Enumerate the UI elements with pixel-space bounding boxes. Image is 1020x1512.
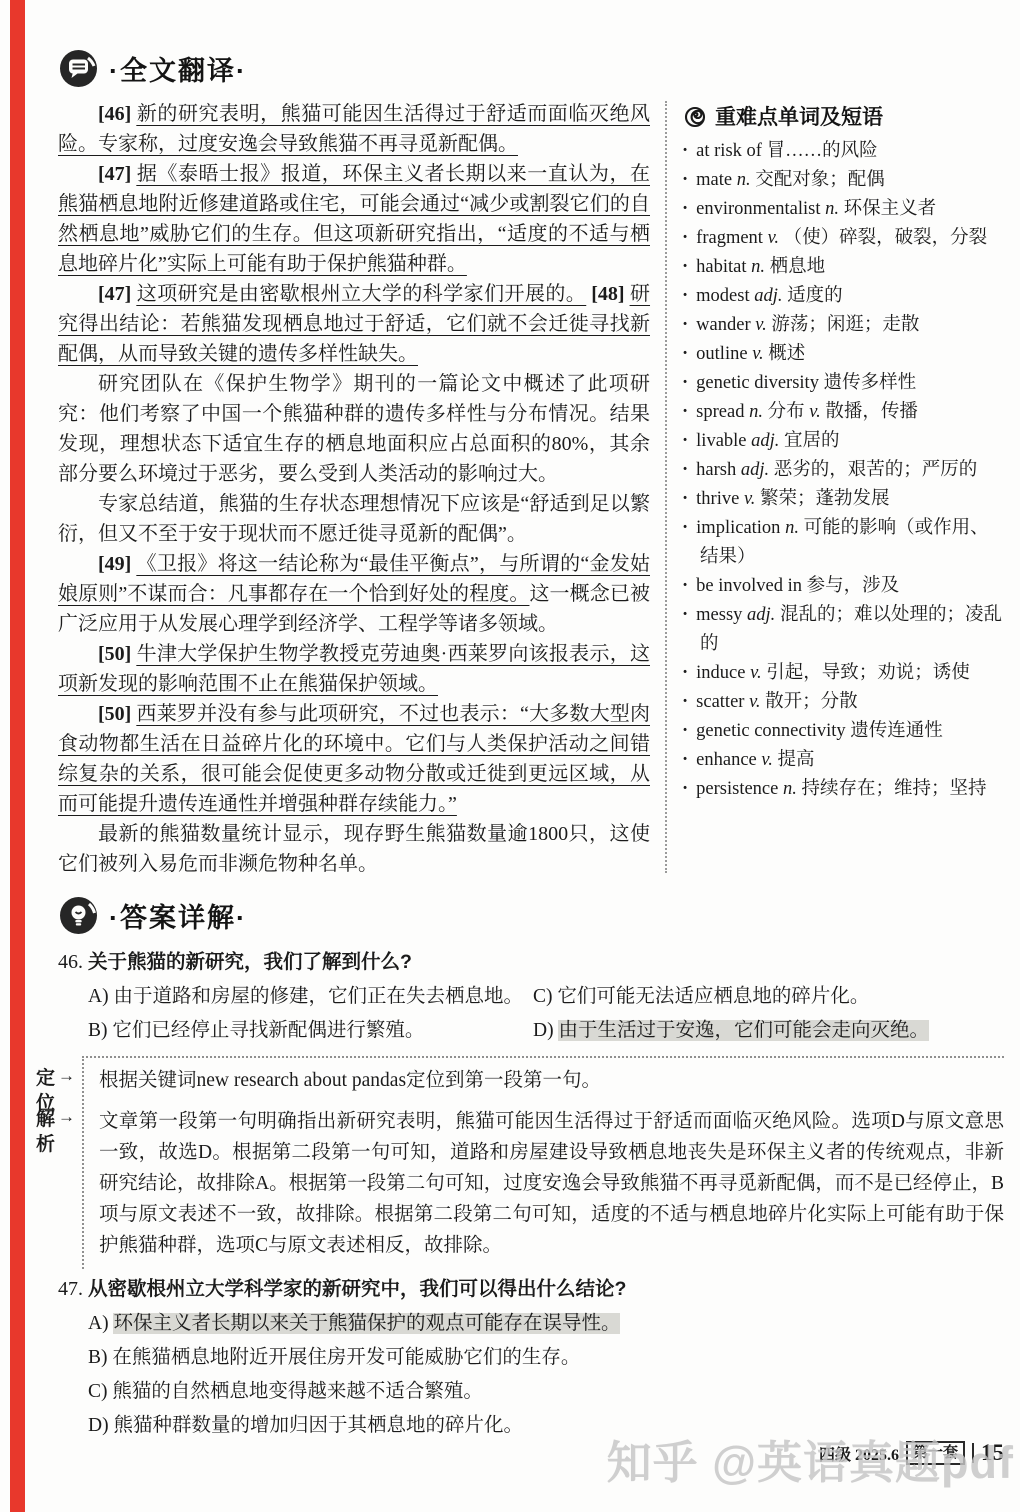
analysis-text: 文章第一段第一句明确指出新研究表明，熊猫可能因生活得过于舒适而面临灭绝风险。选项… bbox=[99, 1106, 1004, 1261]
question-stem: 46. 关于熊猫的新研究，我们了解到什么? bbox=[58, 946, 1004, 978]
vocab-word: mate bbox=[696, 170, 732, 190]
underlined-text: 据《泰晤士报》报道，环保主义者长期以来一直认为，在熊猫栖息地附近修建道路或住宅，… bbox=[58, 163, 650, 275]
option-text: 由于道路和房屋的修建，它们正在失去栖息地。 bbox=[113, 986, 523, 1007]
vocab-item: wander v. 游荡；闲逛；走散 bbox=[682, 311, 1004, 340]
vocab-item: enhance v. 提高 bbox=[682, 746, 1004, 775]
vocab-section-title: 重难点单词及短语 bbox=[715, 101, 883, 131]
vocab-item: persistence n. 持续存在；维持；坚持 bbox=[682, 775, 1004, 804]
option-text: 环保主义者长期以来关于熊猫保护的观点可能存在误导性。 bbox=[113, 1313, 620, 1334]
option-text: 熊猫的自然栖息地变得越来越不适合繁殖。 bbox=[112, 1381, 483, 1402]
vocab-item: messy adj. 混乱的；难以处理的；凌乱的 bbox=[682, 601, 1004, 659]
vocab-pos: v. bbox=[750, 663, 761, 683]
vocab-meaning: 引起，导致；劝说；诱使 bbox=[766, 663, 970, 683]
vocab-word: genetic diversity bbox=[696, 373, 819, 393]
question-number: 47. bbox=[58, 1278, 83, 1300]
vocab-pos: v. bbox=[768, 228, 779, 248]
translation-paragraph: 最新的熊猫数量统计显示，现存野生熊猫数量逾1800只，这使它们被列入易危而非濒危… bbox=[58, 819, 650, 879]
option-label: A) bbox=[88, 986, 109, 1007]
vocab-word: modest bbox=[696, 286, 749, 306]
translation-paragraph: [50]牛津大学保护生物学教授克劳迪奥·西莱罗向该报表示，这项新发现的影响范围不… bbox=[58, 639, 650, 699]
vocab-pos: v. bbox=[749, 692, 760, 712]
option-a: A) 由于道路和房屋的修建，它们正在失去栖息地。 bbox=[88, 980, 533, 1014]
footer-divider bbox=[972, 1443, 974, 1463]
question-number: 46. bbox=[58, 951, 83, 973]
translation-paragraph: 研究团队在《保护生物学》期刊的一篇论文中概述了此项研究：他们考察了中国一个熊猫种… bbox=[58, 369, 650, 489]
analysis-tag: 解析 → bbox=[36, 1107, 84, 1157]
translation-column: [46]新的研究表明，熊猫可能因生活得过于舒适而面临灭绝风险。专家称，过度安逸会… bbox=[58, 99, 650, 879]
vocab-column: 重难点单词及短语 at risk of 冒……的风险 mate n. 交配对象；… bbox=[682, 99, 1004, 879]
option-text: 熊猫种群数量的增加归因于其栖息地的碎片化。 bbox=[113, 1415, 523, 1436]
option-d: D) 由于生活过于安逸，它们可能会走向灭绝。 bbox=[533, 1014, 1004, 1048]
translation-paragraph: [46]新的研究表明，熊猫可能因生活得过于舒适而面临灭绝风险。专家称，过度安逸会… bbox=[58, 99, 650, 159]
vocab-word: scatter bbox=[696, 692, 744, 712]
vocab-meaning: 散开；分散 bbox=[765, 692, 858, 712]
option-label: D) bbox=[88, 1415, 109, 1436]
option-text: 它们可能无法适应栖息地的碎片化。 bbox=[557, 986, 869, 1007]
left-accent-bar bbox=[10, 0, 25, 1512]
underlined-text: 西莱罗并没有参与此项研究，不过也表示：“大多数大型肉食动物都生活在日益碎片化的环… bbox=[58, 703, 650, 815]
vocab-pos: adj. bbox=[751, 431, 779, 451]
lightbulb-icon bbox=[58, 895, 99, 936]
option-label: B) bbox=[88, 1347, 108, 1368]
explanation-block: 定位 → 根据关键词new research about pandas定位到第一… bbox=[82, 1056, 1004, 1269]
vocab-pos: n. bbox=[785, 518, 799, 538]
vocab-word: genetic connectivity bbox=[696, 721, 845, 741]
vocab-item: mate n. 交配对象；配偶 bbox=[682, 166, 1004, 195]
vocab-meaning: 遗传多样性 bbox=[824, 373, 917, 393]
vocab-word: implication bbox=[696, 518, 780, 538]
vocab-item: implication n. 可能的影响（或作用、结果） bbox=[682, 514, 1004, 572]
vocab-word: spread bbox=[696, 402, 744, 422]
vocab-word: wander bbox=[696, 315, 750, 335]
vocab-word: harsh bbox=[696, 460, 736, 480]
sentence-marker: [50] bbox=[98, 703, 131, 725]
vocab-item: livable adj. 宜居的 bbox=[682, 427, 1004, 456]
vocab-pos: adj. bbox=[747, 605, 775, 625]
vocab-word: fragment bbox=[696, 228, 763, 248]
vocab-item: scatter v. 散开；分散 bbox=[682, 688, 1004, 717]
question-46: 46. 关于熊猫的新研究，我们了解到什么? A) 由于道路和房屋的修建，它们正在… bbox=[58, 946, 1004, 1048]
translation-columns: [46]新的研究表明，熊猫可能因生活得过于舒适而面临灭绝风险。专家称，过度安逸会… bbox=[58, 99, 1004, 879]
vocab-item: fragment v. （使）碎裂，破裂，分裂 bbox=[682, 224, 1004, 253]
options-list: A) 环保主义者长期以来关于熊猫保护的观点可能存在误导性。 B) 在熊猫栖息地附… bbox=[88, 1307, 1004, 1443]
vocab-meaning: 参与，涉及 bbox=[807, 576, 900, 596]
page-number: 15 bbox=[981, 1440, 1004, 1466]
option-b: B) 它们已经停止寻找新配偶进行繁殖。 bbox=[88, 1014, 533, 1048]
question-47: 47. 从密歇根州立大学科学家的新研究中，我们可以得出什么结论? A) 环保主义… bbox=[58, 1273, 1004, 1443]
vocab-meaning: （使）碎裂，破裂，分裂 bbox=[784, 228, 988, 248]
page-content: ·全文翻译· [46]新的研究表明，熊猫可能因生活得过于舒适而面临灭绝风险。专家… bbox=[58, 48, 1004, 1443]
vocab-word: messy bbox=[696, 605, 742, 625]
vocab-pos: v. bbox=[744, 489, 755, 509]
translation-section-title: ·全文翻译· bbox=[109, 49, 247, 88]
sentence-marker: [47] bbox=[98, 163, 131, 185]
vocab-meaning: 提高 bbox=[778, 750, 815, 770]
vocab-meaning: 持续存在；维持；坚持 bbox=[801, 779, 986, 799]
vocab-item: genetic connectivity 遗传连通性 bbox=[682, 717, 1004, 746]
translation-paragraph: [47]这项研究是由密歇根州立大学的科学家们开展的。[48]研究得出结论：若熊猫… bbox=[58, 279, 650, 369]
vocab-meaning: 冒……的风险 bbox=[767, 141, 878, 161]
location-text: 根据关键词new research about pandas定位到第一段第一句。 bbox=[99, 1065, 1004, 1096]
vocab-meaning: 游荡；闲逛；走散 bbox=[771, 315, 919, 335]
vocab-pos: v. bbox=[761, 750, 772, 770]
underlined-text: 新的研究表明，熊猫可能因生活得过于舒适而面临灭绝风险。专家称，过度安逸会导致熊猫… bbox=[58, 103, 650, 155]
question-text: 关于熊猫的新研究，我们了解到什么? bbox=[88, 951, 412, 973]
vocab-meaning: 分布 bbox=[768, 402, 805, 422]
underlined-text: 这项研究是由密歇根州立大学的科学家们开展的。 bbox=[136, 283, 586, 305]
footer-set-badge: 第一套 bbox=[906, 1441, 965, 1465]
sentence-marker: [50] bbox=[98, 643, 131, 665]
vocab-meaning: 概述 bbox=[768, 344, 805, 364]
footer-edition: 四级 2025.6 bbox=[819, 1442, 899, 1465]
vocab-list: at risk of 冒……的风险 mate n. 交配对象；配偶 enviro… bbox=[682, 137, 1004, 804]
vocab-pos: n. bbox=[749, 402, 763, 422]
vocab-item: harsh adj. 恶劣的，艰苦的；严厉的 bbox=[682, 456, 1004, 485]
vocab-item: environmentalist n. 环保主义者 bbox=[682, 195, 1004, 224]
vocab-meaning: 繁荣；蓬勃发展 bbox=[760, 489, 890, 509]
option-label: C) bbox=[88, 1381, 108, 1402]
vocab-header: 重难点单词及短语 bbox=[682, 101, 1004, 131]
vocab-meaning: 遗传连通性 bbox=[850, 721, 943, 741]
vocab-meaning: 恶劣的，艰苦的；严厉的 bbox=[774, 460, 978, 480]
speech-bubble-icon bbox=[58, 48, 99, 89]
vocab-pos: n. bbox=[825, 199, 839, 219]
translation-paragraph: [50]西莱罗并没有参与此项研究，不过也表示：“大多数大型肉食动物都生活在日益碎… bbox=[58, 699, 650, 819]
answers-section-title: ·答案详解· bbox=[109, 896, 247, 935]
question-text: 从密歇根州立大学科学家的新研究中，我们可以得出什么结论? bbox=[88, 1278, 626, 1300]
location-row: 定位 → 根据关键词new research about pandas定位到第一… bbox=[99, 1065, 1004, 1096]
analysis-row: 解析 → 文章第一段第一句明确指出新研究表明，熊猫可能因生活得过于舒适而面临灭绝… bbox=[99, 1106, 1004, 1261]
translation-paragraph: 专家总结道，熊猫的生存状态理想情况下应该是“舒适到足以繁衍，但又不至于安于现状而… bbox=[58, 489, 650, 549]
sentence-marker: [48] bbox=[591, 283, 624, 305]
vocab-item: be involved in 参与，涉及 bbox=[682, 572, 1004, 601]
option-label: A) bbox=[88, 1313, 109, 1334]
vocab-word: persistence bbox=[696, 779, 778, 799]
vocab-pos: v. bbox=[755, 315, 766, 335]
vocab-word: outline bbox=[696, 344, 747, 364]
vocab-word: thrive bbox=[696, 489, 739, 509]
page-footer: 四级 2025.6 第一套 15 bbox=[819, 1440, 1004, 1466]
vocab-word: be involved in bbox=[696, 576, 802, 596]
textbook-page: ·全文翻译· [46]新的研究表明，熊猫可能因生活得过于舒适而面临灭绝风险。专家… bbox=[0, 0, 1020, 1512]
option-d: D) 熊猫种群数量的增加归因于其栖息地的碎片化。 bbox=[88, 1409, 1004, 1443]
vocab-item: outline v. 概述 bbox=[682, 340, 1004, 369]
option-text: 在熊猫栖息地附近开展住房开发可能威胁它们的生存。 bbox=[112, 1347, 580, 1368]
arrow-icon: → bbox=[58, 1066, 75, 1086]
spiral-icon bbox=[682, 103, 708, 129]
option-label: C) bbox=[533, 986, 553, 1007]
option-a: A) 环保主义者长期以来关于熊猫保护的观点可能存在误导性。 bbox=[88, 1307, 1004, 1341]
vocab-pos: v. bbox=[809, 402, 820, 422]
vocab-pos: v. bbox=[752, 344, 763, 364]
paragraph-text: 最新的熊猫数量统计显示，现存野生熊猫数量逾1800只，这使它们被列入易危而非濒危… bbox=[58, 823, 650, 875]
translation-paragraph: [49]《卫报》将这一结论称为“最佳平衡点”，与所谓的“金发姑娘原则”不谋而合：… bbox=[58, 549, 650, 639]
options-grid: A) 由于道路和房屋的修建，它们正在失去栖息地。 C) 它们可能无法适应栖息地的… bbox=[88, 980, 1004, 1048]
option-b: B) 在熊猫栖息地附近开展住房开发可能威胁它们的生存。 bbox=[88, 1341, 1004, 1375]
option-text: 由于生活过于安逸，它们可能会走向灭绝。 bbox=[558, 1020, 929, 1041]
sentence-marker: [46] bbox=[98, 103, 131, 125]
translation-paragraph: [47]据《泰晤士报》报道，环保主义者长期以来一直认为，在熊猫栖息地附近修建道路… bbox=[58, 159, 650, 279]
vocab-meaning: 混乱的；难以处理的；凌乱的 bbox=[700, 605, 1002, 654]
vocab-pos: adj. bbox=[741, 460, 769, 480]
vocab-item: modest adj. 适度的 bbox=[682, 282, 1004, 311]
vocab-word: habitat bbox=[696, 257, 746, 277]
option-label: B) bbox=[88, 1020, 108, 1041]
question-stem: 47. 从密歇根州立大学科学家的新研究中，我们可以得出什么结论? bbox=[58, 1273, 1004, 1305]
vocab-item: spread n. 分布 v. 散播，传播 bbox=[682, 398, 1004, 427]
option-c: C) 熊猫的自然栖息地变得越来越不适合繁殖。 bbox=[88, 1375, 1004, 1409]
vocab-item: at risk of 冒……的风险 bbox=[682, 137, 1004, 166]
option-label: D) bbox=[533, 1020, 554, 1041]
vocab-item: genetic diversity 遗传多样性 bbox=[682, 369, 1004, 398]
vocab-meaning: 环保主义者 bbox=[844, 199, 937, 219]
vocab-word: at risk of bbox=[696, 141, 762, 161]
sentence-marker: [47] bbox=[98, 283, 131, 305]
vocab-pos: n. bbox=[783, 779, 797, 799]
vocab-word: induce bbox=[696, 663, 745, 683]
vocab-item: thrive v. 繁荣；蓬勃发展 bbox=[682, 485, 1004, 514]
vocab-item: habitat n. 栖息地 bbox=[682, 253, 1004, 282]
vocab-word: livable bbox=[696, 431, 746, 451]
column-divider bbox=[665, 101, 667, 873]
sentence-marker: [49] bbox=[98, 553, 131, 575]
vocab-meaning: 交配对象；配偶 bbox=[755, 170, 885, 190]
arrow-icon: → bbox=[58, 1107, 75, 1127]
vocab-meaning: 宜居的 bbox=[784, 431, 840, 451]
vocab-item: induce v. 引起，导致；劝说；诱使 bbox=[682, 659, 1004, 688]
underlined-text: 牛津大学保护生物学教授克劳迪奥·西莱罗向该报表示，这项新发现的影响范围不止在熊猫… bbox=[58, 643, 650, 695]
vocab-word: enhance bbox=[696, 750, 757, 770]
vocab-pos: adj. bbox=[754, 286, 782, 306]
paragraph-text: 研究团队在《保护生物学》期刊的一篇论文中概述了此项研究：他们考察了中国一个熊猫种… bbox=[58, 373, 650, 485]
option-text: 它们已经停止寻找新配偶进行繁殖。 bbox=[112, 1020, 424, 1041]
vocab-pos: n. bbox=[751, 257, 765, 277]
vocab-meaning: 适度的 bbox=[787, 286, 843, 306]
paragraph-text: 专家总结道，熊猫的生存状态理想情况下应该是“舒适到足以繁衍，但又不至于安于现状而… bbox=[58, 493, 650, 545]
vocab-meaning: 栖息地 bbox=[770, 257, 826, 277]
vocab-word: environmentalist bbox=[696, 199, 820, 219]
analysis-label: 解析 bbox=[36, 1107, 58, 1157]
vocab-pos: n. bbox=[737, 170, 751, 190]
translation-section-header: ·全文翻译· bbox=[58, 48, 1004, 89]
option-c: C) 它们可能无法适应栖息地的碎片化。 bbox=[533, 980, 1004, 1014]
vocab-meaning: 散播，传播 bbox=[825, 402, 918, 422]
answers-section-header: ·答案详解· bbox=[58, 895, 1004, 936]
